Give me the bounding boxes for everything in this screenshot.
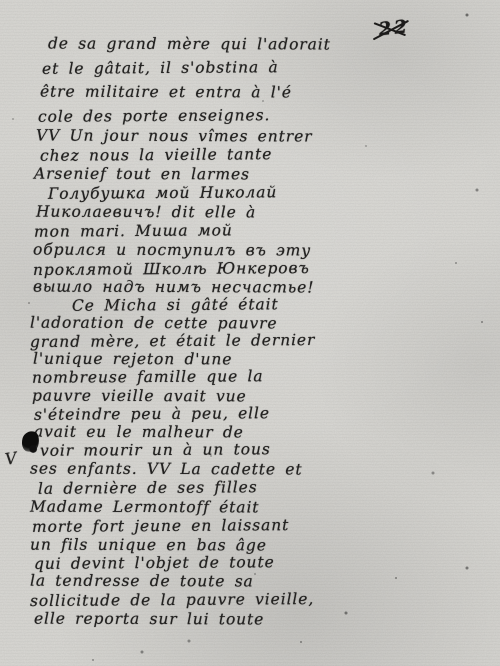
manuscript-line: ses enfants. VV La cadette et [30, 461, 303, 478]
crossed-out-page-number: 22 [370, 14, 415, 48]
manuscript-line: la dernière de ses filles [38, 479, 258, 497]
manuscript-line: pauvre vieille avait vue [32, 388, 247, 405]
manuscript-line: morte fort jeune en laissant [32, 517, 289, 535]
manuscript-line: être militaire et entra à l'é [40, 84, 292, 101]
manuscript-line: un fils unique en bas âge [30, 537, 267, 554]
manuscript-line: Ce Micha si gâté était [72, 296, 279, 313]
manuscript-line: mon mari. Миша мой [34, 222, 233, 239]
manuscript-line: voir mourir un à un tous [40, 441, 271, 459]
manuscript-line: l'adoration de cette pauvre [30, 315, 278, 332]
manuscript-line: chez nous la vieille tante [40, 146, 272, 164]
manuscript-line: Голубушка мой Николай [48, 184, 277, 202]
manuscript-line: проклятой Школѣ Юнкеровъ [33, 260, 310, 278]
manuscript-line: l'unique rejeton d'une [33, 351, 232, 368]
manuscript-line: grand mère, et était le dernier [30, 332, 315, 350]
manuscript-line: Николаевичъ! dit elle à [36, 204, 256, 221]
manuscript-line: qui devint l'objet de toute [34, 554, 275, 572]
manuscript-line: sollicitude de la pauvre vieille, [30, 591, 314, 609]
manuscript-line: avait eu le malheur de [34, 424, 244, 441]
manuscript-line: de sa grand mère qui l'adorait [48, 36, 331, 53]
manuscript-line: nombreuse famille que la [32, 368, 264, 386]
manuscript-line: обрился и поступилъ въ эту [33, 242, 311, 259]
manuscript-line: la tendresse de toute sa [30, 573, 254, 590]
manuscript-line: Madame Lermontoff était [30, 499, 260, 516]
manuscript-line: elle reporta sur lui toute [34, 611, 264, 628]
scanned-manuscript-page: 22 de sa grand mère qui l'adorait et le … [0, 0, 500, 666]
manuscript-line: et le gâtait, il s'obstina à [42, 59, 279, 77]
manuscript-line: s'éteindre peu à peu, elle [34, 405, 270, 423]
manuscript-line: вышло надъ нимъ несчастье! [33, 279, 314, 296]
manuscript-line: Arsenief tout en larmes [34, 166, 250, 183]
scan-specks [0, 0, 2, 2]
margin-insert-mark: V [4, 448, 18, 468]
manuscript-line: cole des porte enseignes. [38, 107, 270, 125]
manuscript-line: VV Un jour nous vîmes entrer [36, 128, 313, 145]
